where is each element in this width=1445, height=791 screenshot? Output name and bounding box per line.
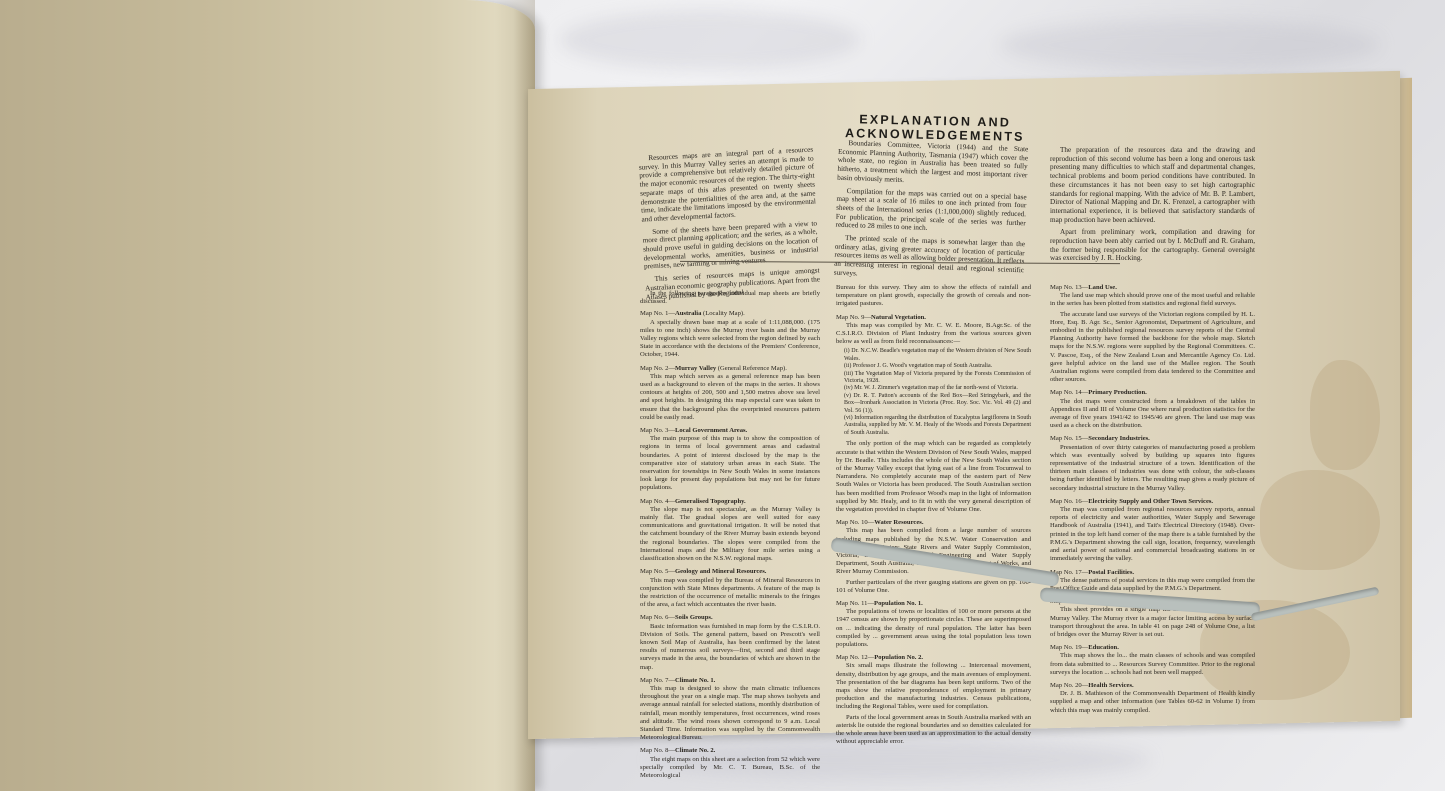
map-description: Bureau for this survey. They aim to show… (836, 284, 1031, 309)
intro-paragraph: Compilation for the maps was carried out… (835, 186, 1026, 236)
map-entry: Map No. 12—Population No. 2.Six small ma… (836, 654, 1031, 746)
map-entry: Map No. 20—Health Services.Dr. J. B. Mat… (1050, 682, 1255, 715)
maps-column-2: Bureau for this survey. They aim to show… (836, 284, 1031, 751)
intro-paragraph: Apart from preliminary work, compilation… (1050, 228, 1255, 263)
map-name: Geology and Mineral Resources. (675, 568, 766, 575)
map-heading: Map No. 20—Health Services. (1050, 682, 1255, 690)
map-entry: Map No. 16—Electricity Supply and Other … (1050, 498, 1255, 564)
map-heading: Map No. 16—Electricity Supply and Other … (1050, 498, 1255, 506)
map-heading: Map No. 9—Natural Vegetation. (836, 314, 1031, 322)
map-entry: Map No. 14—Primary Production.The dot ma… (1050, 389, 1255, 430)
map-heading: Map No. 19—Education. (1050, 644, 1255, 652)
map-number: Map No. 10— (836, 519, 874, 526)
map-number: Map No. 8— (640, 747, 675, 754)
water-stain (1260, 470, 1380, 570)
map-number: Map No. 2— (640, 365, 675, 372)
map-description: The slope map is not spectacular, as the… (640, 506, 820, 563)
source-item: (vi) Information regarding the distribut… (844, 415, 1031, 437)
map-description: The dot maps were constructed from a bre… (1050, 398, 1255, 431)
lead-sentence: In the following paragraphs individual m… (640, 290, 820, 306)
map-number: Map No. 19— (1050, 644, 1088, 651)
map-name: Climate No. 2. (675, 747, 715, 754)
map-description: This map shows the lo... the main classe… (1050, 652, 1255, 677)
map-number: Map No. 9— (836, 314, 871, 321)
map-heading: Map No. 15—Secondary Industries. (1050, 435, 1255, 443)
maps-column-1: In the following paragraphs individual m… (640, 290, 820, 785)
map-entry: Map No. 5—Geology and Mineral Resources.… (640, 568, 820, 609)
map-name: Population No. 1. (874, 600, 923, 607)
map-number: Map No. 6— (640, 614, 675, 621)
map-name: Education. (1088, 644, 1119, 651)
intro-column-2: Boundaries Committee, Victoria (1944) an… (834, 139, 1029, 288)
map-name: Climate No. 1. (675, 677, 715, 684)
map-description: The land use map which should prove one … (1050, 292, 1255, 308)
map-name: Population No. 2. (874, 654, 923, 661)
map-description: This map is designed to show the main cl… (640, 685, 820, 742)
map-entry: Bureau for this survey. They aim to show… (836, 284, 1031, 309)
map-note: (General Reference Map). (716, 365, 787, 372)
intro-paragraph: The printed scale of the maps is somewha… (834, 234, 1025, 284)
map-heading: Map No. 1—Australia (Locality Map). (640, 310, 820, 318)
cloth-fold (1000, 20, 1380, 70)
intro-column-3: The preparation of the resources data an… (1050, 146, 1255, 267)
map-description: A specially drawn base map at a scale of… (640, 319, 820, 360)
map-entry: Map No. 6—Soils Groups.Basic information… (640, 614, 820, 671)
map-name: Generalised Topography. (675, 498, 746, 505)
map-name: Secondary Industries. (1088, 435, 1150, 442)
source-item: (iii) The Vegetation Map of Victoria pre… (844, 371, 1031, 386)
map-number: Map No. 12— (836, 654, 874, 661)
map-heading: Map No. 2—Murray Valley (General Referen… (640, 365, 820, 373)
water-stain (1310, 360, 1380, 470)
map-number: Map No. 20— (1050, 682, 1088, 689)
map-description: Further particulars of the river gauging… (836, 579, 1031, 595)
map-heading: Map No. 12—Population No. 2. (836, 654, 1031, 662)
map-description: Dr. J. B. Mathieson of the Commonwealth … (1050, 690, 1255, 715)
map-number: Map No. 5— (640, 568, 675, 575)
map-entry: Map No. 19—Education.This map shows the … (1050, 644, 1255, 677)
map-number: Map No. 11— (836, 600, 874, 607)
map-description: The populations of towns or localities o… (836, 608, 1031, 649)
map-entry: Map No. 7—Climate No. 1.This map is desi… (640, 677, 820, 743)
map-name: Postal Facilities. (1088, 569, 1134, 576)
source-item: (i) Dr. N.C.W. Beadle's vegetation map o… (844, 348, 1031, 363)
map-description: This map which serves as a general refer… (640, 373, 820, 422)
map-entry: Map No. 2—Murray Valley (General Referen… (640, 365, 820, 422)
map-entry: Map No. 4—Generalised Topography.The slo… (640, 498, 820, 564)
map-heading: Map No. 10—Water Resources. (836, 519, 1031, 527)
source-item: (ii) Professor J. G. Wood's vegetation m… (844, 363, 1031, 370)
page-title: EXPLANATION AND ACKNOWLEDGEMENTS (795, 111, 1076, 145)
map-number: Map No. 13— (1050, 284, 1088, 291)
map-name: Soils Groups. (675, 614, 713, 621)
map-description: The eight maps on this sheet are a selec… (640, 756, 820, 781)
map-description: Basic information was furnished in map f… (640, 623, 820, 672)
map-description: Six small maps illustrate the following … (836, 662, 1031, 711)
map-name: Local Government Areas. (675, 427, 747, 434)
intro-paragraph: Some of the sheets have been prepared wi… (642, 219, 819, 272)
map-description: The accurate land use surveys of the Vic… (1050, 311, 1255, 385)
maps-column-3: Map No. 13—Land Use.The land use map whi… (1050, 284, 1255, 720)
map-entry: Map No. 8—Climate No. 2.The eight maps o… (640, 747, 820, 780)
map-heading: Map No. 14—Primary Production. (1050, 389, 1255, 397)
map-description: The map was compiled from regional resou… (1050, 506, 1255, 563)
map-description: This map was compiled by the Bureau of M… (640, 577, 820, 610)
map-description: The main purpose of this map is to show … (640, 435, 820, 492)
map-entry: Map No. 11—Population No. 1.The populati… (836, 600, 1031, 649)
left-blank-page (0, 0, 535, 791)
map-description: Parts of the local government areas in S… (836, 714, 1031, 747)
map-heading: Map No. 4—Generalised Topography. (640, 498, 820, 506)
map-entry: Map No. 9—Natural Vegetation.This map wa… (836, 314, 1031, 515)
map-entry: Map No. 1—Australia (Locality Map).A spe… (640, 310, 820, 359)
intro-paragraph: The preparation of the resources data an… (1050, 146, 1255, 224)
map-heading: Map No. 7—Climate No. 1. (640, 677, 820, 685)
map-number: Map No. 1— (640, 310, 675, 317)
page-edges (1398, 78, 1412, 718)
map-name: Natural Vegetation. (871, 314, 926, 321)
map-heading: Map No. 11—Population No. 1. (836, 600, 1031, 608)
cloth-fold (560, 10, 860, 70)
map-name: Electricity Supply and Other Town Servic… (1088, 498, 1213, 505)
map-heading: Map No. 8—Climate No. 2. (640, 747, 820, 755)
map-number: Map No. 14— (1050, 389, 1088, 396)
map-heading: Map No. 5—Geology and Mineral Resources. (640, 568, 820, 576)
map-name: Water Resources. (874, 519, 923, 526)
map-number: Map No. 4— (640, 498, 675, 505)
map-name: Primary Production. (1088, 389, 1146, 396)
map-description: The only portion of the map which can be… (836, 440, 1031, 514)
source-item: (v) Dr. R. T. Patton's accounts of the R… (844, 393, 1031, 415)
map-name: Land Use. (1088, 284, 1117, 291)
map-heading: Map No. 3—Local Government Areas. (640, 427, 820, 435)
intro-column-1: Resources maps are an integral part of a… (638, 146, 821, 306)
map-name: Australia (675, 310, 701, 317)
map-description: Presentation of over thirty categories o… (1050, 444, 1255, 493)
map-description: This map was compiled by Mr. C. W. E. Mo… (836, 322, 1031, 347)
map-entry: Map No. 15—Secondary Industries.Presenta… (1050, 435, 1255, 492)
map-number: Map No. 16— (1050, 498, 1088, 505)
map-entry: Map No. 3—Local Government Areas.The mai… (640, 427, 820, 493)
map-heading: Map No. 17—Postal Facilities. (1050, 569, 1255, 577)
map-heading: Map No. 6—Soils Groups. (640, 614, 820, 622)
source-item: (iv) Mr. W. J. Zimmer's vegetation map o… (844, 385, 1031, 392)
intro-paragraph: Resources maps are an integral part of a… (638, 146, 816, 225)
map-note: (Locality Map). (701, 310, 744, 317)
map-number: Map No. 3— (640, 427, 675, 434)
map-heading: Map No. 13—Land Use. (1050, 284, 1255, 292)
intro-paragraph: Boundaries Committee, Victoria (1944) an… (837, 139, 1028, 189)
map-name: Murray Valley (675, 365, 716, 372)
map-number: Map No. 15— (1050, 435, 1088, 442)
map-number: Map No. 7— (640, 677, 675, 684)
map-entry: Map No. 13—Land Use.The land use map whi… (1050, 284, 1255, 384)
map-name: Health Services. (1088, 682, 1133, 689)
